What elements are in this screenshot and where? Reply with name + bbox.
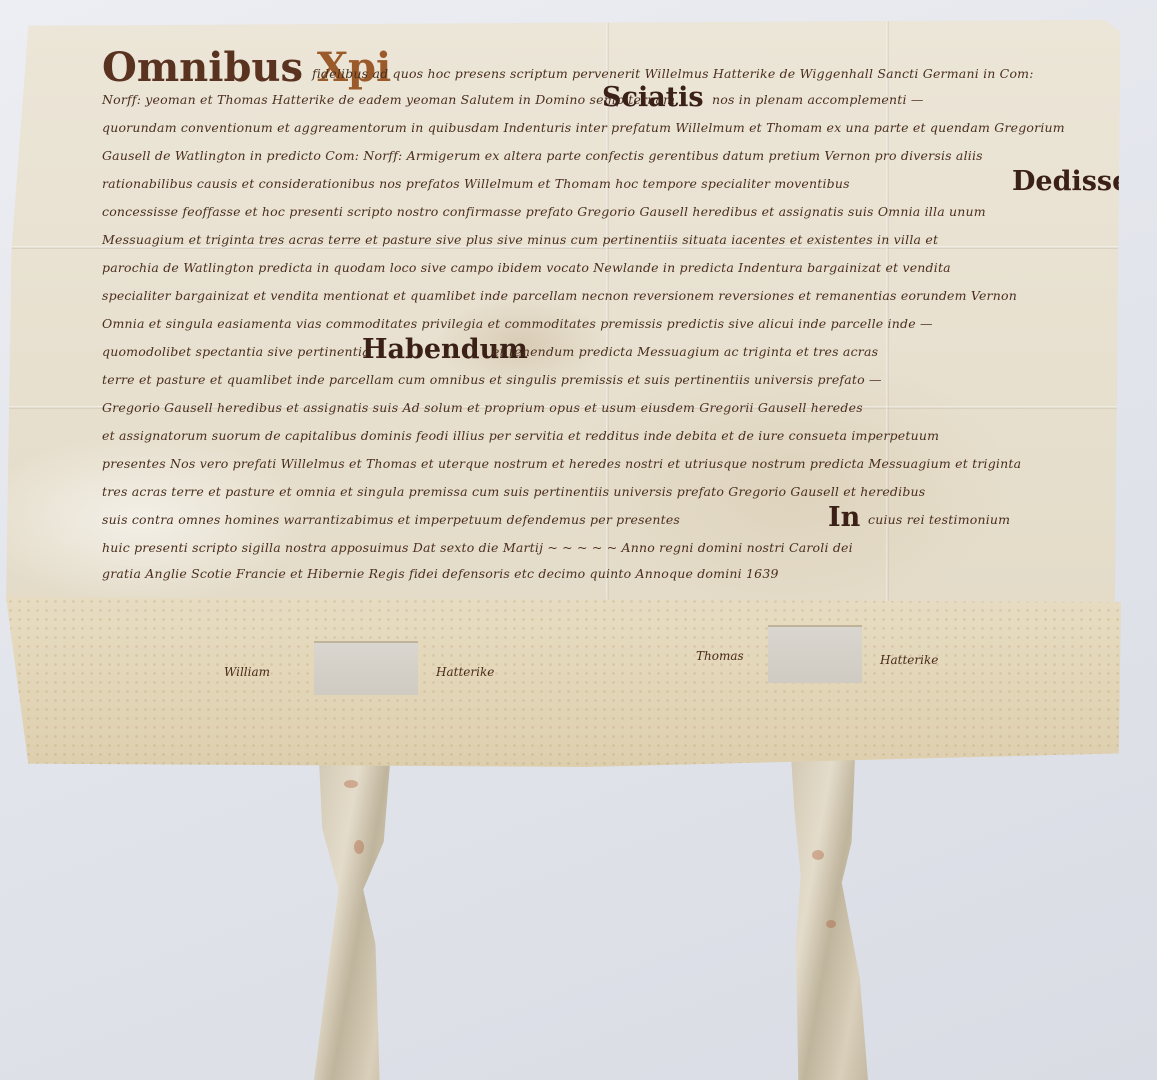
text-line-21: huic presenti scripto sigilla nostra app…: [102, 540, 853, 555]
parchment-deed: Omnibus Xpi fidelibus ad quos hoc presen…: [6, 14, 1126, 602]
seal-slot-left: [314, 641, 418, 695]
text-line-13: et tenendum predicta Messuagium ac trigi…: [492, 344, 878, 359]
signature-hatterike-left: Hatterike: [436, 665, 494, 679]
text-line-10: specialiter bargainizat et vendita menti…: [102, 288, 1017, 303]
display-word-dedisse: Dedisse: [1012, 168, 1129, 195]
signature-thomas: Thomas: [696, 649, 744, 663]
text-line-20: cuius rei testimonium: [868, 512, 1010, 527]
text-line-17: presentes Nos vero prefati Willelmus et …: [102, 456, 1021, 471]
text-line-15: Gregorio Gausell heredibus et assignatis…: [102, 400, 863, 415]
text-line-5: Gausell de Watlington in predicto Com: N…: [102, 148, 983, 163]
text-line-8: Messuagium et triginta tres acras terre …: [102, 232, 938, 247]
text-line-4: quorundam conventionum et aggreamentorum…: [102, 120, 1065, 135]
seal-slot-right: [768, 625, 862, 683]
text-line-1: fidelibus ad quos hoc presens scriptum p…: [312, 66, 1034, 81]
display-word-sciatis: Sciatis: [602, 84, 704, 111]
text-line-19: suis contra omnes homines warrantizabimu…: [102, 512, 680, 527]
text-line-18: tres acras terre et pasture et omnia et …: [102, 484, 925, 499]
text-line-2: Norff: yeoman et Thomas Hatterike de ead…: [102, 92, 675, 107]
text-line-16: et assignatorum suorum de capitalibus do…: [102, 428, 939, 443]
turnup-fold: William Hatterike Thomas Hatterike: [6, 597, 1121, 767]
text-line-6: rationabilibus causis et considerationib…: [102, 176, 850, 191]
opening-word: Omnibus: [102, 44, 303, 91]
text-line-22: gratia Anglie Scotie Francie et Hibernie…: [102, 566, 779, 581]
text-line-11: Omnia et singula easiamenta vias commodi…: [102, 316, 933, 331]
seal-tag-left: [314, 740, 396, 1080]
text-line-7: concessisse feoffasse et hoc presenti sc…: [102, 204, 986, 219]
signature-hatterike-right: Hatterike: [880, 653, 938, 667]
display-word-in: In: [828, 504, 860, 531]
seal-tag-right: [786, 740, 868, 1080]
text-line-12: quomodolibet spectantia sive pertinentia: [102, 344, 370, 359]
text-line-3: nos in plenam accomplementi —: [712, 92, 924, 107]
signature-william: William: [224, 665, 270, 679]
text-line-14: terre et pasture et quamlibet inde parce…: [102, 372, 882, 387]
text-line-9: parochia de Watlington predicta in quoda…: [102, 260, 951, 275]
